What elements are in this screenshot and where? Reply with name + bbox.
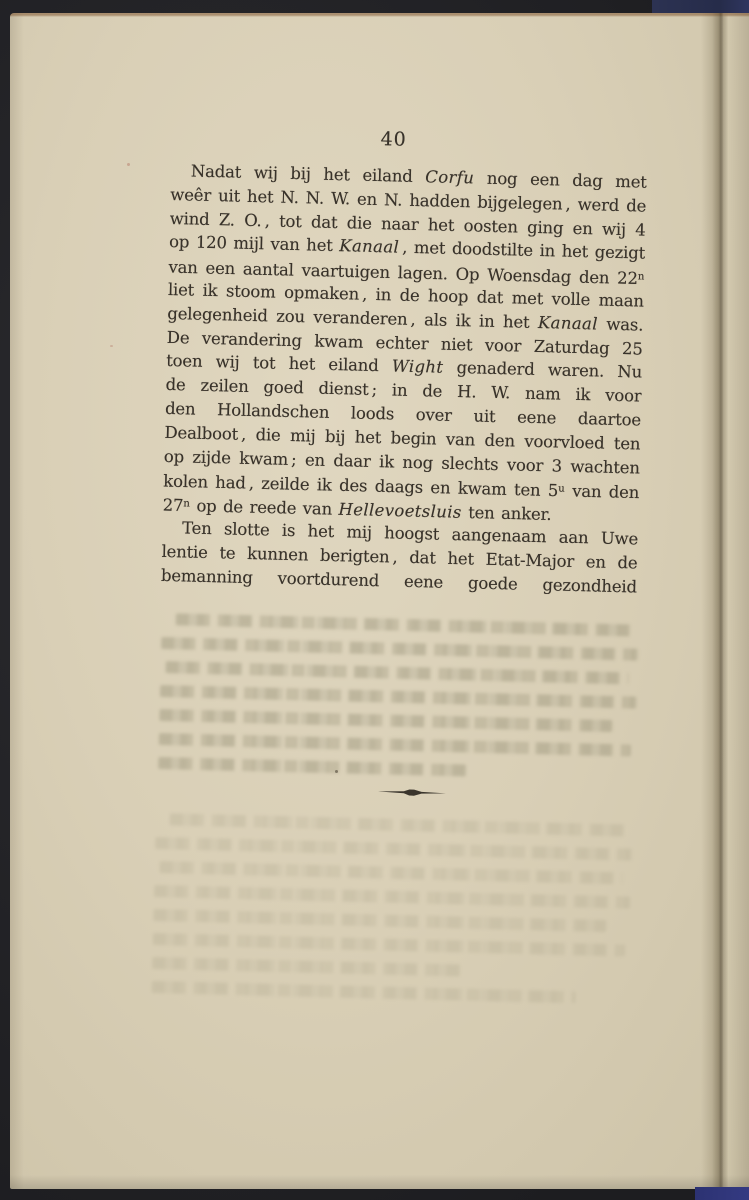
bleedthrough-text-upper (158, 613, 644, 793)
paper-speck (335, 770, 338, 773)
divider-ornament (378, 788, 446, 797)
paragraph: Ten slotte is het mij hoogst aangenaam a… (161, 516, 639, 599)
binding-edge-top (652, 0, 749, 14)
book-page: 40 Nadat wij bij het eiland Corfu nog ee… (10, 13, 749, 1189)
page-crease (712, 13, 728, 1189)
paper-speck (127, 163, 130, 166)
paragraphs: Nadat wij bij het eiland Corfu nog een d… (161, 159, 647, 599)
bleedthrough-text-lower (151, 813, 638, 1017)
printed-text-block: 40 Nadat wij bij het eiland Corfu nog ee… (161, 125, 648, 599)
page-number: 40 (156, 125, 632, 155)
binding-edge-bottom (695, 1187, 749, 1200)
paper-speck (110, 345, 113, 347)
paragraph: Nadat wij bij het eiland Corfu nog een d… (162, 159, 647, 527)
book-scan: { "scan": { "frame_color": "#232327", "b… (0, 0, 749, 1200)
